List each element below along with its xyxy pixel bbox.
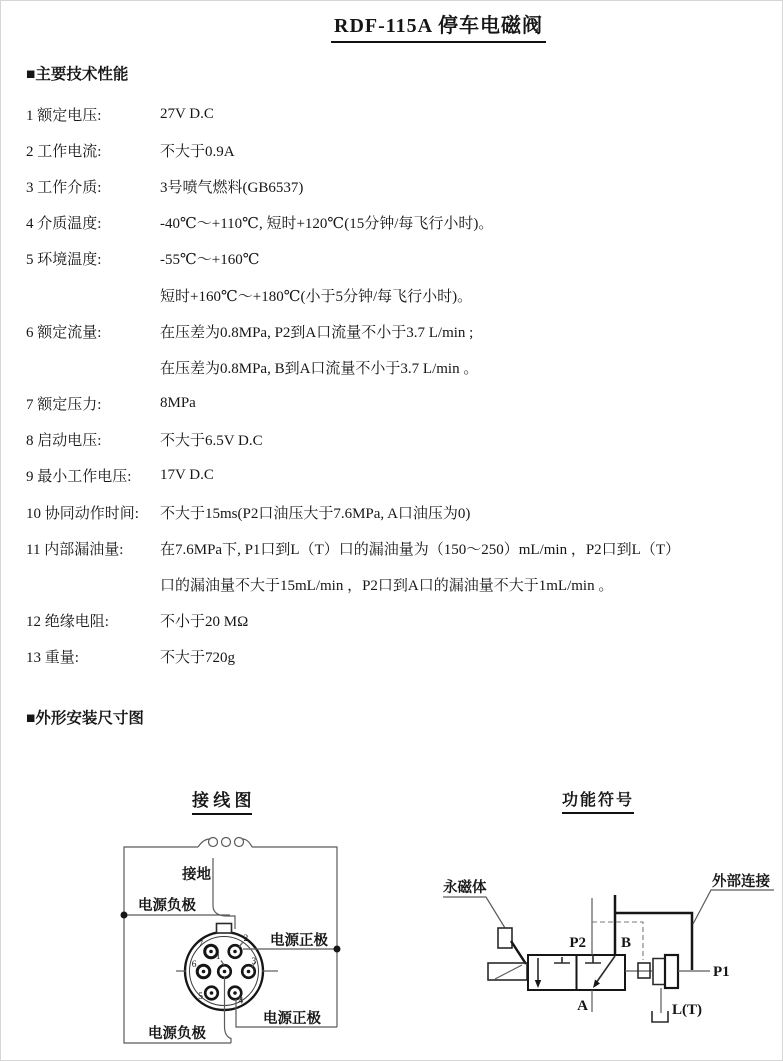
pin-label-7: 7 (198, 940, 203, 950)
spec-value: 8MPa (160, 395, 196, 412)
neg-bottom-label: 电源负极 (148, 1024, 206, 1042)
magnet-leader-line (443, 897, 505, 928)
spec-label: 8 启动电压: (26, 429, 160, 450)
plug-bracket (653, 959, 665, 985)
spec-value: 短时+160℃～+180℃(小于5分钟/每飞行小时)。 (160, 285, 472, 306)
spec-value: -55℃～+160℃ (160, 248, 260, 269)
spec-row: 9 最小工作电压:17V D.C (26, 458, 771, 494)
spec-label: 3 工作介质: (26, 176, 160, 197)
spec-label: 12 绝缘电阻: (26, 610, 160, 631)
magnet-label: 永磁体 (443, 878, 487, 896)
external-label: 外部连接 (712, 872, 770, 890)
spec-list: 1 额定电压:27V D.C2 工作电流:不大于0.9A3 工作介质:3号喷气燃… (26, 96, 771, 675)
pin-label-2: 2 (244, 934, 249, 944)
spec-label: 9 最小工作电压: (26, 465, 160, 486)
spec-row: 13 重量:不大于720g (26, 639, 771, 675)
lt-label: L(T) (672, 1002, 702, 1018)
spec-row: 7 额定压力:8MPa (26, 386, 771, 422)
spec-value: 在压差为0.8MPa, B到A口流量不小于3.7 L/min 。 (160, 357, 478, 378)
spec-value: 27V D.C (160, 106, 214, 123)
spec-row-continuation: 短时+160℃～+180℃(小于5分钟/每飞行小时)。 (26, 277, 771, 313)
ground-wire (213, 858, 235, 929)
pin-label-5: 5 (198, 992, 203, 1002)
junction-dot-left (121, 912, 128, 919)
p2-label: P2 (569, 935, 586, 951)
spec-row: 12 绝缘电阻:不小于20 MΩ (26, 603, 771, 639)
spec-label: 13 重量: (26, 646, 160, 667)
b-label: B (621, 935, 631, 951)
spec-value: 3号喷气燃料(GB6537) (160, 176, 303, 197)
spec-label: 10 协同动作时间: (26, 502, 160, 523)
spec-label: 11 内部漏油量: (26, 538, 160, 559)
spec-row: 11 内部漏油量:在7.6MPa下, P1口到L（T）口的漏油量为（150～25… (26, 530, 771, 566)
spec-value: -40℃～+110℃, 短时+120℃(15分钟/每飞行小时)。 (160, 212, 493, 233)
spec-value: 不大于6.5V D.C (160, 429, 263, 450)
p1-label: P1 (713, 964, 730, 980)
spec-row: 2 工作电流:不大于0.9A (26, 132, 771, 168)
a-label: A (577, 998, 588, 1014)
neg-top-label: 电源负极 (138, 896, 196, 914)
section-header-specs: ■主要技术性能 (26, 62, 128, 84)
spec-label: 5 环境温度: (26, 248, 160, 269)
spec-label: 4 介质温度: (26, 212, 160, 233)
spec-value: 在压差为0.8MPa, P2到A口流量不小于3.7 L/min ; (160, 321, 473, 342)
spec-row-continuation: 口的漏油量不大于15mL/min ，P2口到A口的漏油量不大于1mL/min 。 (26, 566, 771, 602)
ground-label: 接地 (181, 866, 211, 883)
spec-row: 3 工作介质:3号喷气燃料(GB6537) (26, 168, 771, 204)
wiring-diagram: 接地 电源负极 (55, 825, 350, 1055)
spec-row: 6 额定流量:在压差为0.8MPa, P2到A口流量不小于3.7 L/min ; (26, 313, 771, 349)
spec-label: 2 工作电流: (26, 140, 160, 161)
document-page: RDF-115A 停车电磁阀 ■主要技术性能 1 额定电压:27V D.C2 工… (0, 0, 783, 1061)
pos-mid-label: 电源正极 (270, 931, 328, 949)
spec-row: 5 环境温度:-55℃～+160℃ (26, 241, 771, 277)
spec-label: 7 额定压力: (26, 393, 160, 414)
page-title: RDF-115A 停车电磁阀 (331, 9, 546, 43)
pin-label-3: 3 (252, 957, 257, 967)
spec-value: 不大于15ms(P2口油压大于7.6MPa, A口油压为0) (160, 502, 470, 523)
spec-value: 在7.6MPa下, P1口到L（T）口的漏油量为（150～250）mL/min … (160, 538, 680, 559)
spec-label: 1 额定电压: (26, 104, 160, 125)
tank-symbol (652, 1011, 668, 1022)
spec-row: 8 启动电压:不大于6.5V D.C (26, 422, 771, 458)
actuator-slash (495, 965, 522, 979)
spec-row-continuation: 在压差为0.8MPa, B到A口流量不小于3.7 L/min 。 (26, 349, 771, 385)
wiring-diagram-title: 接 线 图 (192, 786, 252, 815)
spec-value: 口的漏油量不大于15mL/min ，P2口到A口的漏油量不大于1mL/min 。 (160, 574, 613, 595)
junction-dot-right (334, 946, 341, 953)
spec-row: 4 介质温度:-40℃～+110℃, 短时+120℃(15分钟/每飞行小时)。 (26, 205, 771, 241)
spec-row: 1 额定电压:27V D.C (26, 96, 771, 132)
spec-label: 6 额定流量: (26, 321, 160, 342)
external-leader-line (693, 890, 774, 924)
function-symbol-diagram: 永磁体 P2 B 外部连接 (425, 855, 783, 1060)
pin-label-4: 4 (239, 997, 244, 1007)
spec-value: 不小于20 MΩ (160, 610, 248, 631)
pos-bottom-label: 电源正极 (263, 1009, 321, 1027)
magnet-symbol (498, 928, 512, 948)
spec-row: 10 协同动作时间:不大于15ms(P2口油压大于7.6MPa, A口油压为0) (26, 494, 771, 530)
valve-body (528, 955, 625, 990)
function-symbol-title: 功能符号 (562, 787, 634, 814)
coil-symbol (198, 838, 252, 848)
magnet-link-line (511, 941, 526, 964)
pin-label-1: 1 (216, 952, 221, 962)
pin-label-6: 6 (192, 960, 197, 970)
spec-value: 不大于0.9A (160, 140, 235, 161)
section-header-dimensions: ■外形安装尺寸图 (26, 706, 144, 728)
spec-value: 17V D.C (160, 467, 214, 484)
plug-body (665, 955, 678, 988)
connector-key-notch (217, 924, 232, 934)
spec-value: 不大于720g (160, 646, 235, 667)
